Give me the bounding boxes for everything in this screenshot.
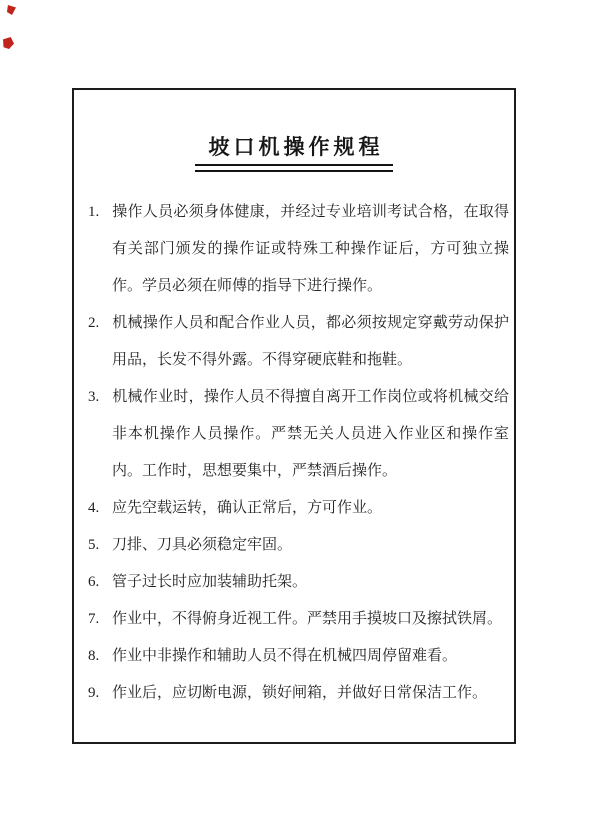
item-text: 作业中非操作和辅助人员不得在机械四周停留难看。 — [112, 648, 457, 664]
item-number: 5. — [74, 527, 112, 564]
item-number: 9. — [74, 675, 112, 712]
item-number: 4. — [74, 490, 112, 527]
item-text: 操作人员必须身体健康，并经过专业培训考试合格，在取得有关部门颁发的操作证或特殊工… — [112, 204, 509, 294]
red-corner-mark-top — [7, 5, 16, 15]
document-page-border: 坡口机操作规程 1.操作人员必须身体健康，并经过专业培训考试合格，在取得有关部门… — [72, 88, 516, 744]
item-text: 机械操作人员和配合作业人员，都必须按规定穿戴劳动保护用品，长发不得外露。不得穿硬… — [112, 315, 509, 368]
item-number: 7. — [74, 601, 112, 638]
item-text: 刀排、刀具必须稳定牢固。 — [112, 537, 292, 553]
item-text: 机械作业时，操作人员不得擅自离开工作岗位或将机械交给非本机操作人员操作。严禁无关… — [112, 389, 509, 479]
item-text: 应先空载运转，确认正常后，方可作业。 — [112, 500, 382, 516]
rules-list: 1.操作人员必须身体健康，并经过专业培训考试合格，在取得有关部门颁发的操作证或特… — [74, 194, 514, 712]
list-item: 6.管子过长时应加装辅助托架。 — [74, 564, 509, 601]
item-text: 作业中，不得俯身近视工件。严禁用手摸坡口及擦拭铁屑。 — [112, 611, 502, 627]
item-number: 2. — [74, 305, 112, 342]
list-item: 2.机械操作人员和配合作业人员，都必须按规定穿戴劳动保护用品，长发不得外露。不得… — [74, 305, 509, 379]
list-item: 3.机械作业时，操作人员不得擅自离开工作岗位或将机械交给非本机操作人员操作。严禁… — [74, 379, 509, 490]
item-number: 1. — [74, 194, 112, 231]
list-item: 1.操作人员必须身体健康，并经过专业培训考试合格，在取得有关部门颁发的操作证或特… — [74, 194, 509, 305]
list-item: 8.作业中非操作和辅助人员不得在机械四周停留难看。 — [74, 638, 509, 675]
corner-marks — [0, 0, 24, 60]
list-item: 9.作业后，应切断电源，锁好闸箱，并做好日常保洁工作。 — [74, 675, 509, 712]
item-number: 3. — [74, 379, 112, 416]
title-double-underline — [195, 164, 393, 172]
list-item: 5.刀排、刀具必须稳定牢固。 — [74, 527, 509, 564]
item-text: 管子过长时应加装辅助托架。 — [112, 574, 307, 590]
list-item: 7.作业中，不得俯身近视工件。严禁用手摸坡口及擦拭铁屑。 — [74, 601, 509, 638]
page-title: 坡口机操作规程 — [74, 132, 514, 162]
item-text: 作业后，应切断电源，锁好闸箱，并做好日常保洁工作。 — [112, 685, 487, 701]
red-corner-mark-bottom — [3, 37, 14, 49]
list-item: 4.应先空载运转，确认正常后，方可作业。 — [74, 490, 509, 527]
item-number: 6. — [74, 564, 112, 601]
item-number: 8. — [74, 638, 112, 675]
